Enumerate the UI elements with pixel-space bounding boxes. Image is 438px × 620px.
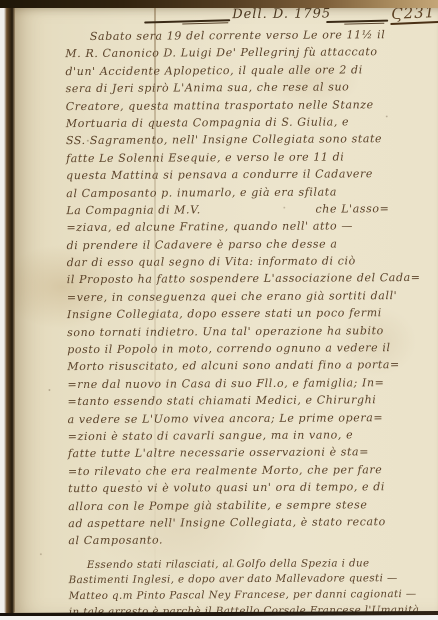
manuscript-line: al Camposanto p. inumarlo, e già era sfi… (66, 182, 435, 202)
manuscript-line: d'un' Accidente Aplopetico, il quale all… (65, 61, 434, 81)
manuscript-line: posto il Popolo in moto, correndo ognuno… (67, 339, 436, 359)
page-header: Dell. D. 1795 Ϛ231 (62, 8, 434, 28)
manuscript-line: =rne dal nuovo in Casa di suo Fll.o, e f… (67, 374, 436, 394)
book-scan: Dell. D. 1795 Ϛ231 Sabato sera 19 del co… (0, 0, 438, 620)
manuscript-line: Insigne Collegiata, dopo essere stati un… (67, 304, 436, 324)
manuscript-line: Morto risuscitato, ed alcuni sono andati… (67, 356, 436, 376)
manuscript-line: allora con le Pompe già stabilite, e sem… (68, 495, 437, 515)
binding-gutter (4, 6, 15, 613)
header-rule-left (144, 19, 230, 23)
manuscript-line: =vere, in conseguenza quei che erano già… (67, 287, 436, 307)
manuscript-line: =ziava, ed alcune Fratine, quando nell' … (66, 217, 435, 237)
manuscript-line: Sabato sera 19 del corrente verso Le ore… (65, 26, 434, 46)
manuscript-line: =zioni è stato di cavarli sangue, ma in … (68, 426, 437, 446)
manuscript-line: a vedere se L'Uomo vivea ancora; Le prim… (68, 408, 437, 428)
manuscript-line: M. R. Canonico D. Luigi De' Pellegrinj f… (65, 43, 434, 63)
manuscript-paragraph-1: Sabato sera 19 del corrente verso Le ore… (62, 26, 437, 550)
header-rule-right (326, 20, 388, 23)
manuscript-line: di prendere il Cadavere è parso che dess… (67, 235, 436, 255)
manuscript-line: Mortuaria di questa Compagnia di S. Giul… (66, 113, 435, 133)
manuscript-line: dar di esso qual segno di Vita: informat… (67, 252, 436, 272)
date-heading: Dell. D. 1795 (232, 6, 331, 22)
manuscript-line: tutto questo vi è voluto quasi un' ora d… (68, 478, 437, 498)
manuscript-line: sono tornati indietro. Una tal' operazio… (67, 322, 436, 342)
manuscript-line: Matteo q.m Pinto Pascal Ney Francese, pe… (69, 587, 438, 605)
manuscript-line: fatte Le Solenni Esequie, e verso le ore… (66, 148, 435, 168)
manuscript-content: Dell. D. 1795 Ϛ231 Sabato sera 19 del co… (62, 8, 438, 620)
manuscript-line: ad aspettare nell' Insigne Collegiata, è… (68, 513, 437, 533)
manuscript-line: fatte tutte L'altre necessarie osservazi… (68, 443, 437, 463)
manuscript-line: al Camposanto. (68, 530, 437, 550)
manuscript-line: La Compagnia di M.V. che L'asso= (66, 200, 435, 220)
manuscript-line: il Proposto ha fatto sospendere L'associ… (67, 269, 436, 289)
manuscript-line: questa Mattina si pensava a condurre il … (66, 165, 435, 185)
manuscript-line: sera di Jeri spirò L'Anima sua, che rese… (66, 78, 435, 98)
manuscript-line: =tanto essendo stati chiamati Medici, e … (67, 391, 436, 411)
book-top-edge (0, 0, 438, 8)
manuscript-line: Creatore, questa mattina trasportato nel… (66, 95, 435, 115)
scan-margin (0, 616, 438, 620)
manuscript-line: =to rilevato che era realmente Morto, ch… (68, 461, 437, 481)
manuscript-line: SS. Sagramento, nell' Insigne Collegiata… (66, 130, 435, 150)
